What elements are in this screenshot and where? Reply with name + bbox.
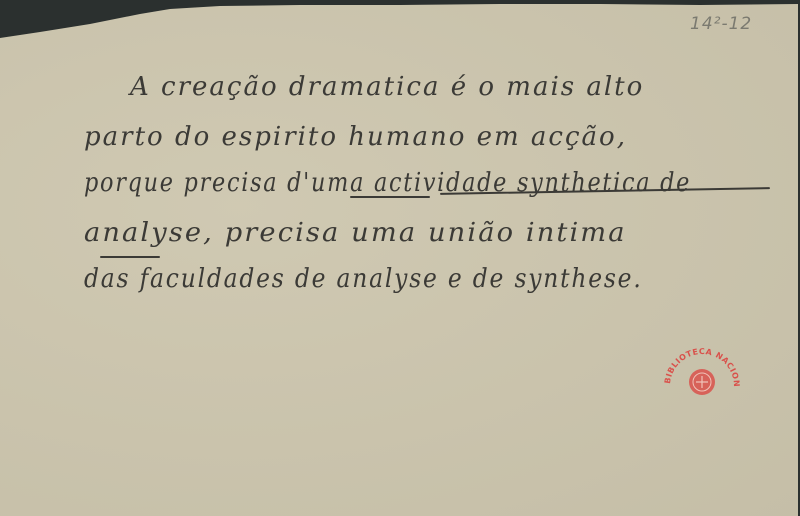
- manuscript-line-1: A creação dramatica é o mais alto: [130, 72, 644, 102]
- underline-analyse: [100, 256, 160, 258]
- manuscript-line-2: parto do espirito humano em acção,: [84, 122, 627, 152]
- manuscript-line-5: das faculdades de analyse e de synthese.: [84, 264, 643, 294]
- library-stamp: BIBLIOTECA NACIONAL: [662, 334, 742, 404]
- shelfmark: 14²-12: [690, 14, 752, 34]
- manuscript-line-4: analyse, precisa uma união intima: [84, 218, 627, 248]
- manuscript-line-3: porque precisa d'uma actividade syntheti…: [84, 168, 691, 198]
- underline-actividade: [350, 196, 430, 198]
- stamp-icon: BIBLIOTECA NACIONAL: [662, 334, 742, 404]
